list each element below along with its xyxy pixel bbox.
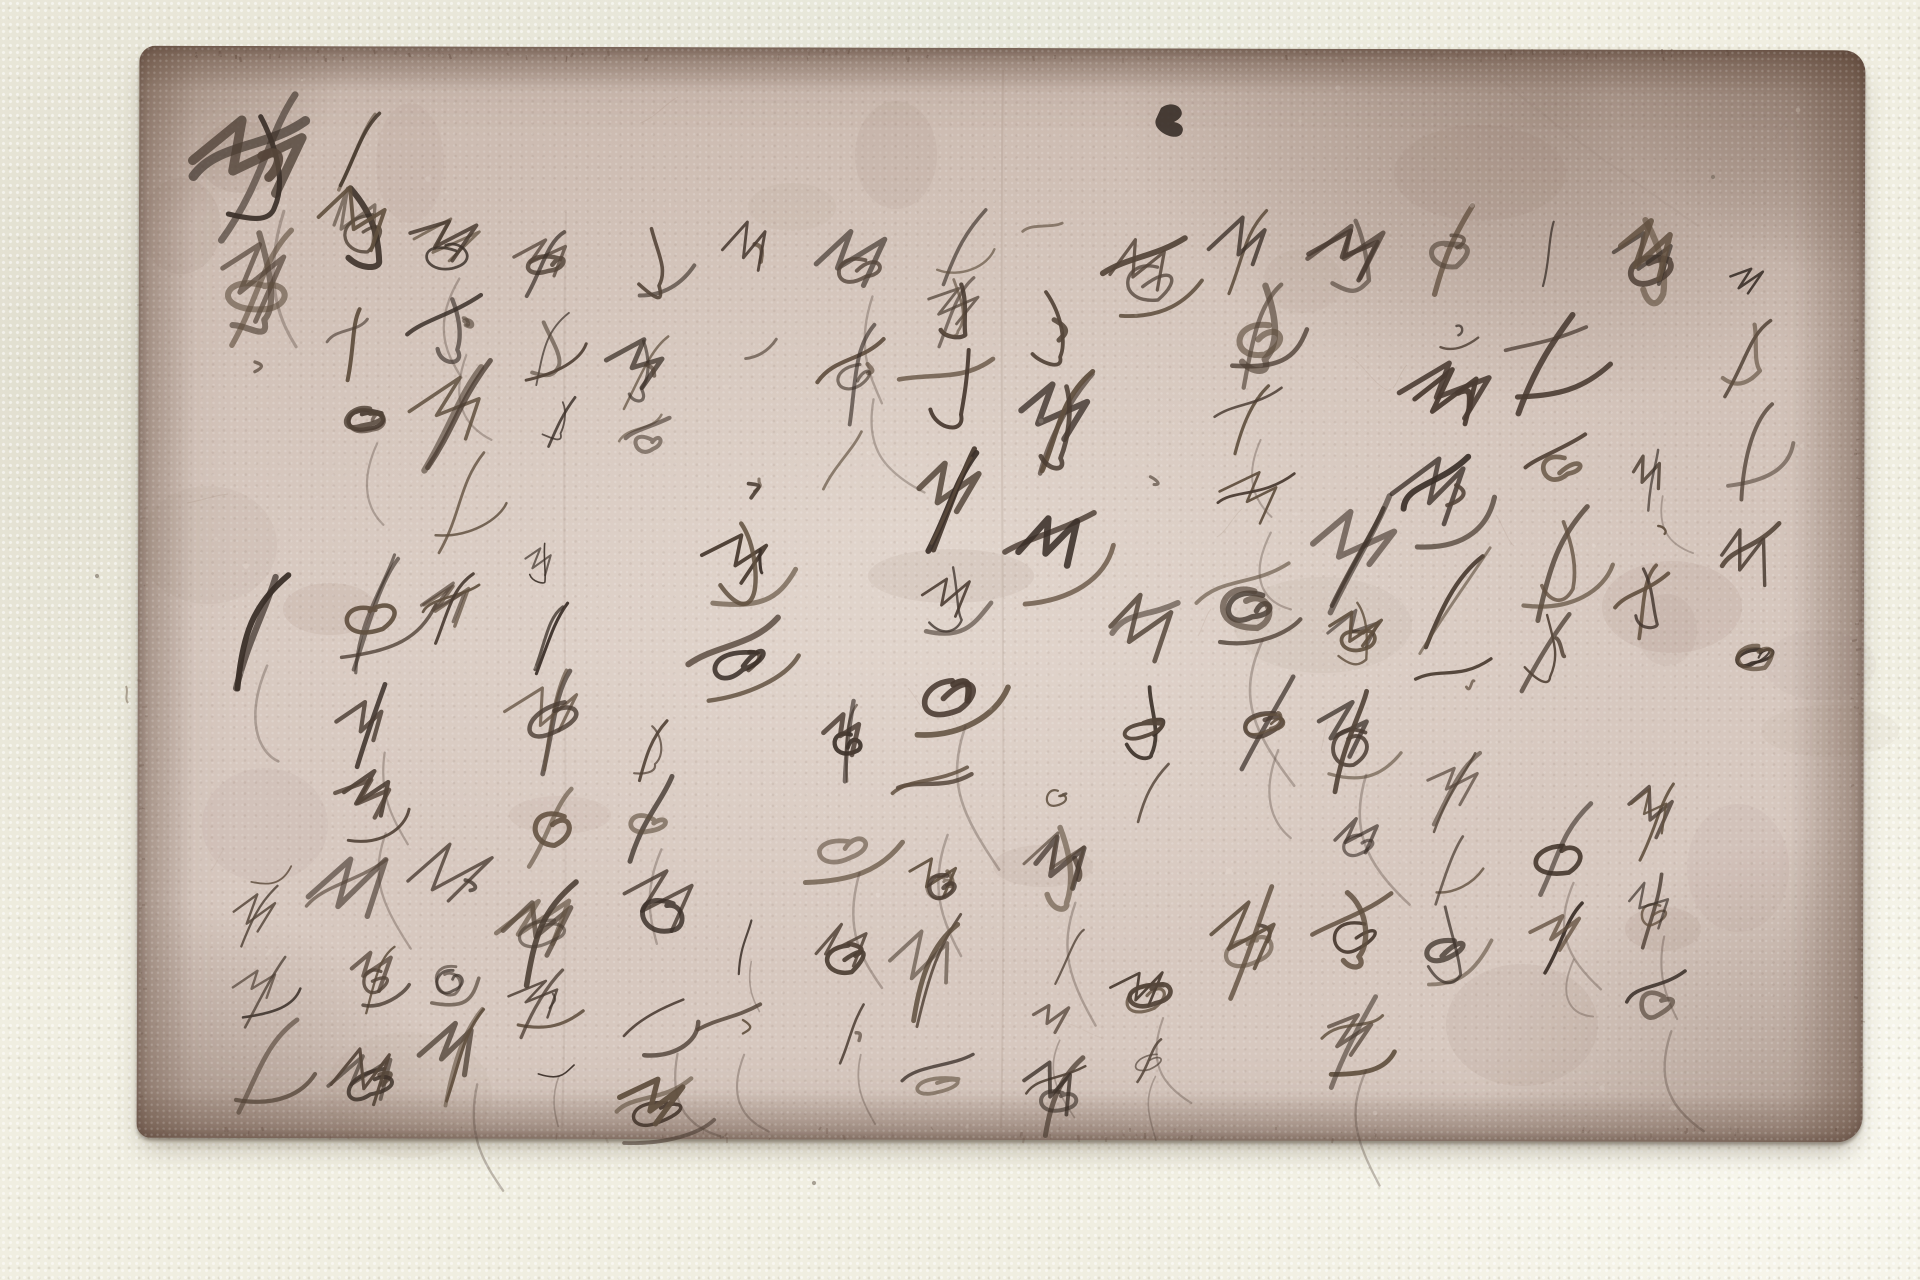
photo: [0, 0, 1920, 1280]
handwriting-ink: [0, 0, 1920, 1280]
